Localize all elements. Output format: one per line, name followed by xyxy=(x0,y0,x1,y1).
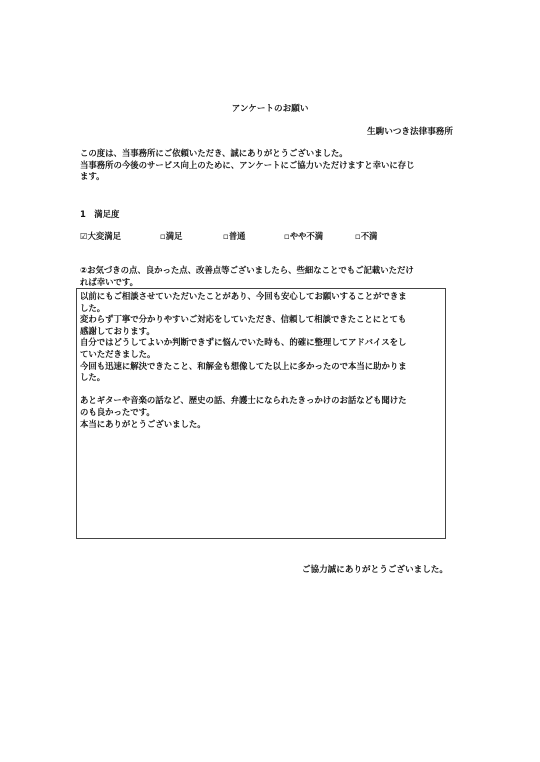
office-name: 生駒いつき法律事務所 xyxy=(367,125,453,137)
answer-line xyxy=(80,384,446,396)
answer-line: した。 xyxy=(80,303,446,315)
document-title: アンケートのお願い xyxy=(0,102,540,114)
answer-line: 本当にありがとうございました。 xyxy=(80,419,446,431)
option-label: 大変満足 xyxy=(88,231,122,241)
option-label: 普通 xyxy=(229,231,246,241)
option-label: やや不満 xyxy=(290,231,324,241)
intro-line: 当事務所の今後のサービス向上のために、アンケートにご協力いただけますと幸いに存じ xyxy=(80,160,460,172)
answer-line: のも良かったです。 xyxy=(80,407,446,419)
question-2-line: れば幸いです。 xyxy=(80,277,460,289)
answer-text: 以前にもご相談させていただいたことがあり、今回も安心してお願いすることができま … xyxy=(80,291,446,430)
answer-line: ていただきました。 xyxy=(80,349,446,361)
answer-line: 感謝しております。 xyxy=(80,326,446,338)
option-somewhat-dissatisfied[interactable]: ▫やや不満 xyxy=(284,230,323,242)
option-dissatisfied[interactable]: ▫不満 xyxy=(355,230,377,242)
answer-line: 自分ではどうしてよいか判断できずに悩んでいた時も、的確に整理してアドバイスをし xyxy=(80,337,446,349)
intro-text: この度は、当事務所にご依頼いただき、誠にありがとうございました。 当事務所の今後… xyxy=(80,148,460,183)
answer-line: 今回も迅速に解決できたこと、和解金も想像してた以上に多かったので本当に助かりま xyxy=(80,361,446,373)
closing-text: ご協力誠にありがとうございました。 xyxy=(302,563,448,575)
question-2-label: ②お気づきの点、良かった点、改善点等ございましたら、些細なことでもご記載いただけ… xyxy=(80,265,460,288)
question-1-label: 1 満足度 xyxy=(80,208,119,220)
answer-line: 以前にもご相談させていただいたことがあり、今回も安心してお願いすることができま xyxy=(80,291,446,303)
answer-line: 変わらず丁寧で分かりやすいご対応をしていただき、信頼して相談できたことにとても xyxy=(80,314,446,326)
intro-line: ます。 xyxy=(80,171,460,183)
answer-line: した。 xyxy=(80,372,446,384)
option-label: 満足 xyxy=(166,231,183,241)
option-neutral[interactable]: ▫普通 xyxy=(223,230,245,242)
option-label: 不満 xyxy=(361,231,378,241)
question-2-line: ②お気づきの点、良かった点、改善点等ございましたら、些細なことでもご記載いただけ xyxy=(80,265,460,277)
intro-line: この度は、当事務所にご依頼いただき、誠にありがとうございました。 xyxy=(80,148,460,160)
answer-line: あとギターや音楽の話など、歴史の話、弁護士になられたきっかけのお話なども聞けた xyxy=(80,395,446,407)
option-satisfied[interactable]: ▫満足 xyxy=(160,230,182,242)
option-very-satisfied[interactable]: ☑大変満足 xyxy=(80,230,121,242)
checkbox-checked-icon[interactable]: ☑ xyxy=(80,231,88,241)
